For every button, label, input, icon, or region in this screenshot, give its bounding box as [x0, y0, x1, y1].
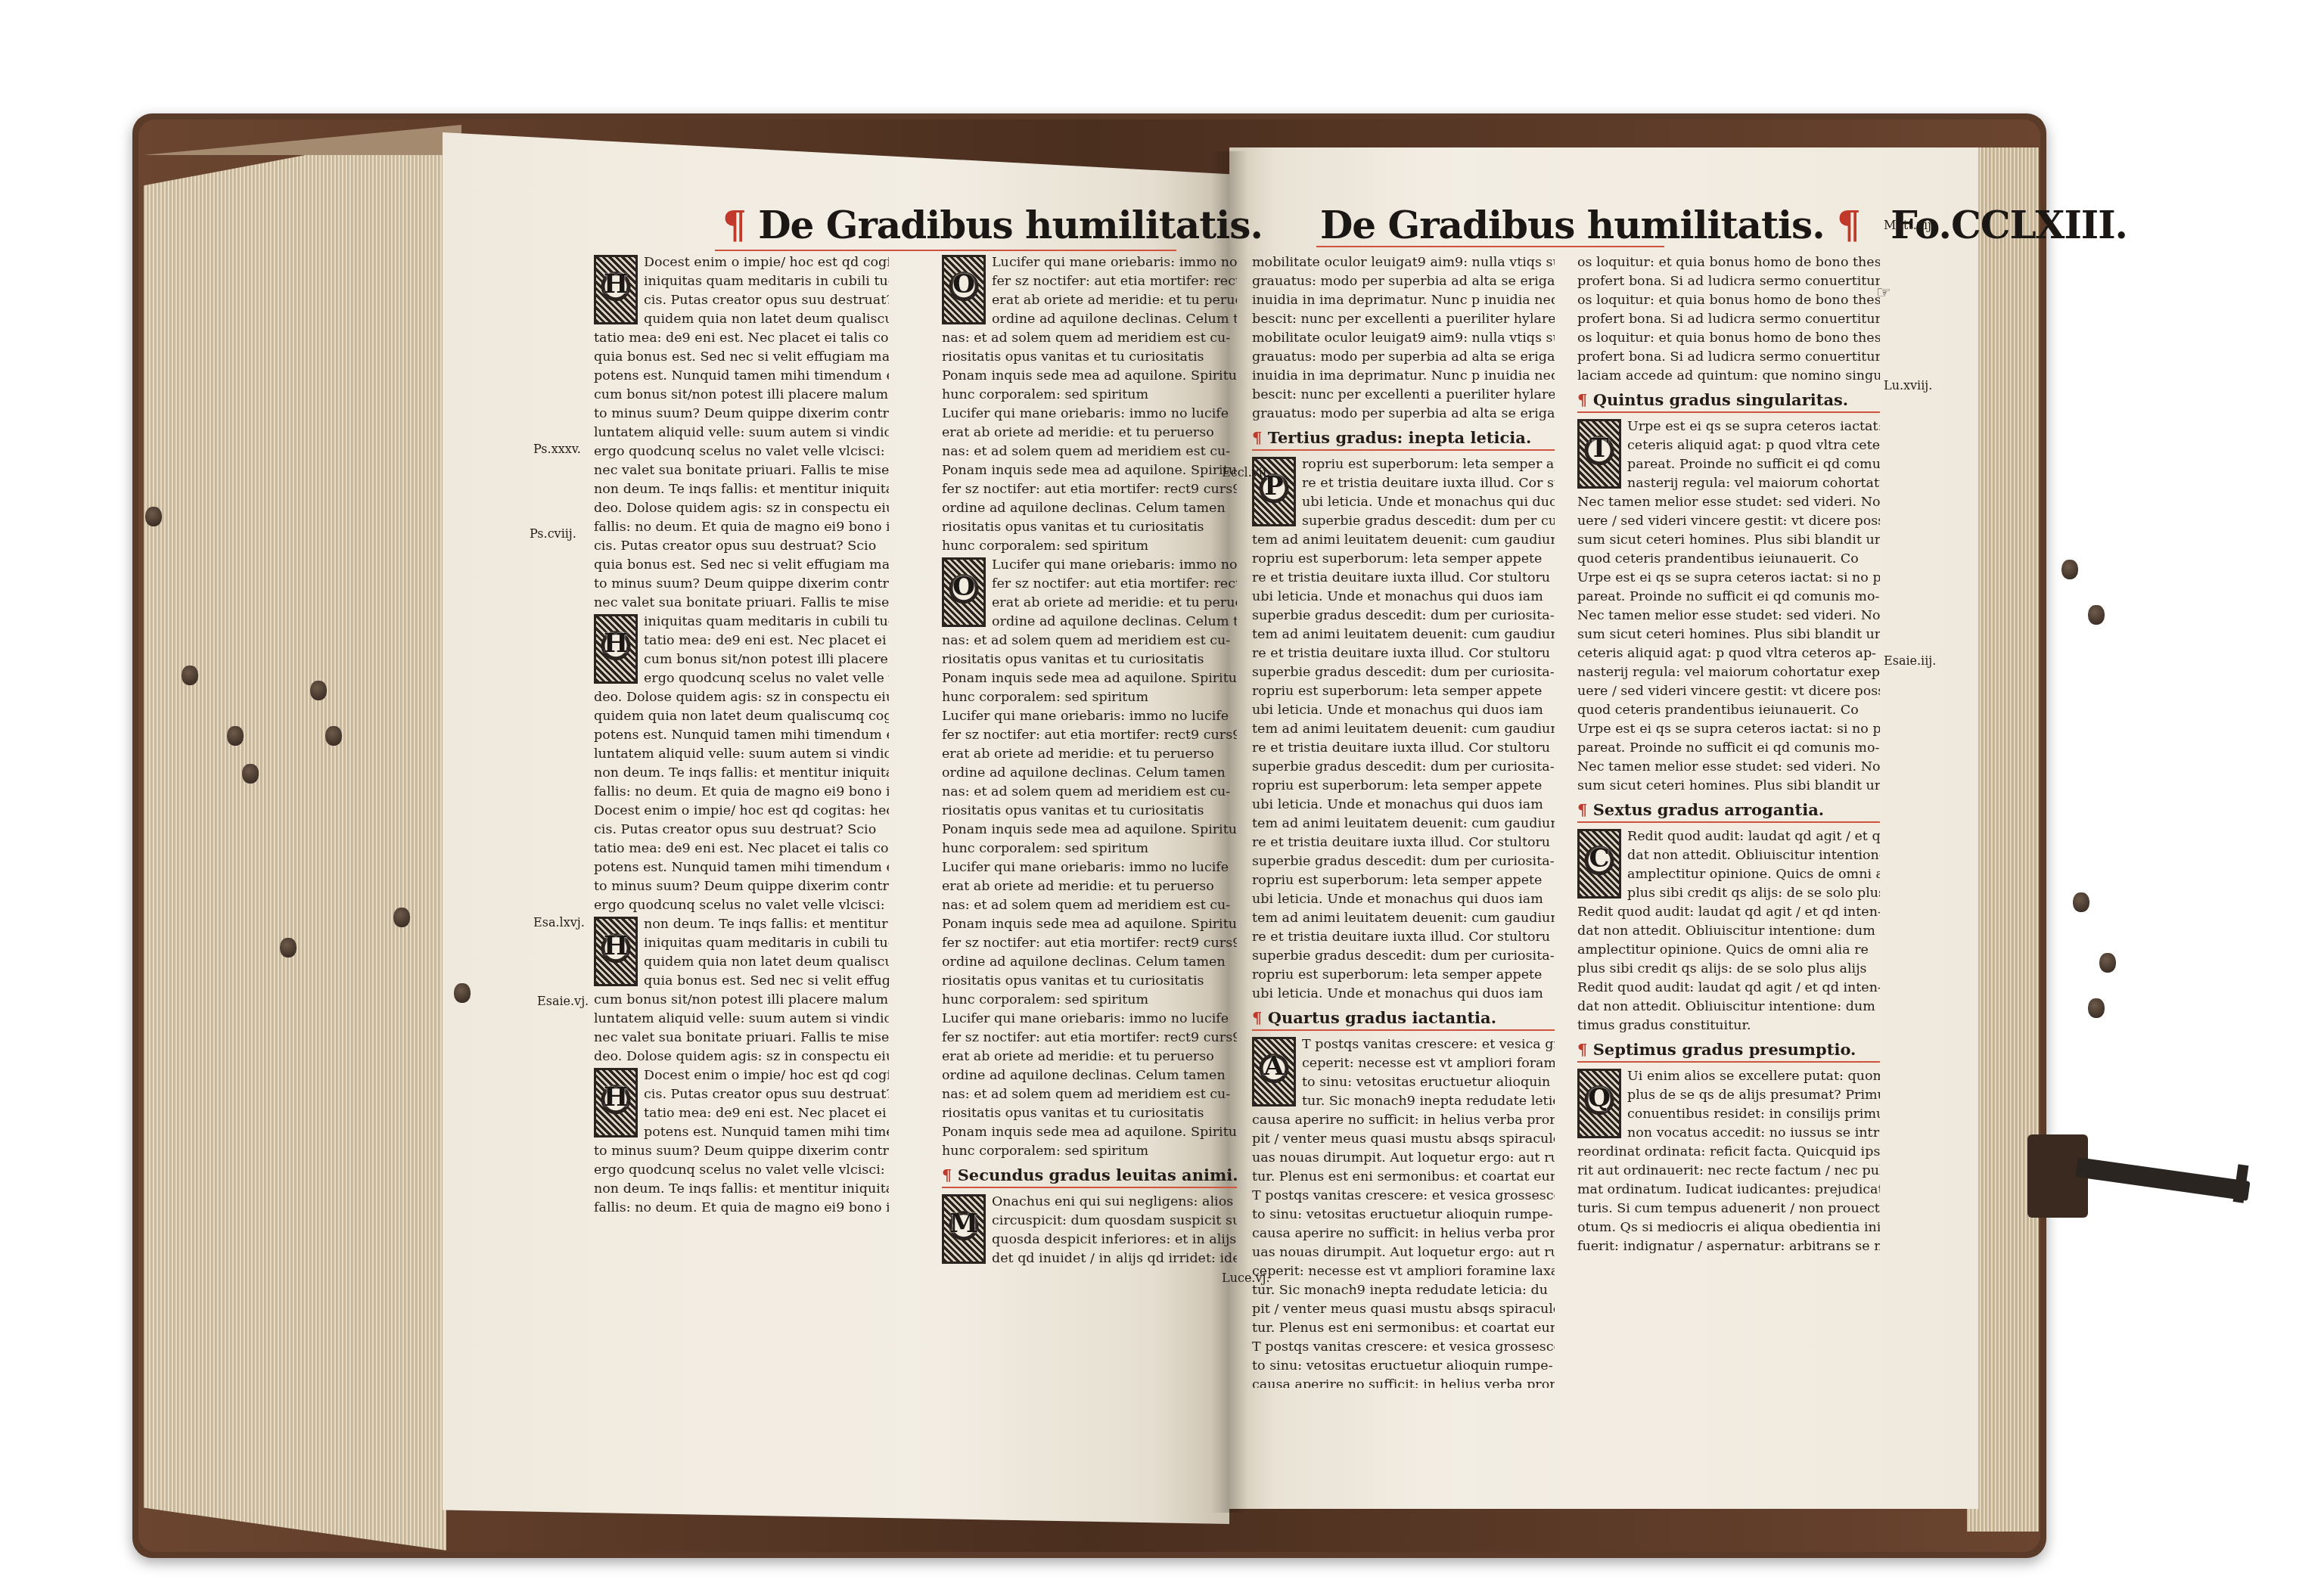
- text-line: uere / sed videri vincere gestit: vt dic…: [1577, 512, 1880, 531]
- margin-note: Esaie.iij.: [1884, 653, 1936, 668]
- nail-icon: [280, 938, 297, 957]
- text-column-4: os loquitur: et quia bonus homo de bono …: [1577, 253, 1880, 1259]
- text-line: fuerit: indignatur / aspernatur: arbitra…: [1577, 1237, 1880, 1256]
- text-line: tur. Sic monach9 inepta redudate leticia…: [1252, 1281, 1555, 1300]
- text-line: hunc corporalem: sed spiritum: [942, 991, 1237, 1010]
- text-line: det qd inuidet / in alijs qd irridet: id…: [992, 1249, 1237, 1268]
- text-line: ropriu est superborum: leta semper appet…: [1252, 550, 1555, 569]
- text-line: to minus suum? Deum quippe dixerim contr…: [594, 877, 889, 896]
- text-line: tatio mea: de9 eni est. Nec placet ei ta…: [594, 840, 889, 858]
- left-fore-edge: [144, 129, 446, 1550]
- text-line: pit / venter meus quasi mustu absqs spir…: [1252, 1300, 1555, 1319]
- text-line: superbie gradus descedit: dum per curios…: [1252, 758, 1555, 777]
- text-line: pareat. Proinde no sufficit ei qd comuni…: [1577, 739, 1880, 758]
- text-line: dat non attedit. Obliuiscitur intentione…: [1577, 922, 1880, 941]
- woodcut-initial: O: [942, 255, 986, 324]
- text-line: superbie gradus descedit: dum per curios…: [1252, 852, 1555, 871]
- section-heading-quartus: ¶ Quartus gradus iactantia.: [1252, 1007, 1555, 1031]
- text-line: hunc corporalem: sed spiritum: [942, 1142, 1237, 1161]
- text-line: amplectitur opinione. Quics de omni alia…: [1627, 865, 1880, 884]
- text-line: ordine ad aquilone declinas. Celum tamen: [992, 310, 1237, 329]
- text-line: quia bonus est. Sed nec si velit effugia…: [594, 556, 889, 575]
- text-line: laciam accede ad quintum: que nomino sin…: [1577, 367, 1880, 386]
- text-line: re et tristia deuitare iuxta illud. Cor …: [1252, 739, 1555, 758]
- text-line: deo. Dolose quidem agis: sz in conspectu…: [594, 499, 889, 518]
- text-line: erat ab oriete ad meridie: et tu peruers…: [942, 745, 1237, 764]
- nail-icon: [2099, 953, 2116, 973]
- photo-scene: ¶ De Gradibus humilitatis. De Gradibus h…: [0, 0, 2324, 1586]
- text-line: sum sicut ceteri homines. Plus sibi blan…: [1577, 625, 1880, 644]
- text-line: quod ceteris prandentibus ieiunauerit. C…: [1577, 550, 1880, 569]
- text-line: tem ad animi leuitatem deuenit: cum gaud…: [1252, 815, 1555, 833]
- section-heading-septimus: ¶ Septimus gradus presumptio.: [1577, 1038, 1880, 1063]
- text-line: bescit: nunc per excellenti a pueriliter…: [1252, 386, 1555, 405]
- text-line: Ponam inquis sede mea ad aquilone. Spiri…: [942, 821, 1237, 840]
- text-line: pareat. Proinde no sufficit ei qd comuni…: [1627, 455, 1880, 474]
- text-line: pareat. Proinde no sufficit ei qd comuni…: [1577, 588, 1880, 607]
- text-line: Ponam inquis sede mea ad aquilone. Spiri…: [942, 461, 1237, 480]
- text-line: potens est. Nunquid tamen mihi timendum …: [594, 367, 889, 386]
- text-line: deo. Dolose quidem agis: sz in conspectu…: [594, 1048, 889, 1066]
- pilcrow-icon: ¶: [1577, 1040, 1587, 1059]
- text-line: mat ordinatum. Iudicat iudicantes: preju…: [1577, 1181, 1880, 1200]
- text-line: ergo quodcunq scelus no valet velle vlci…: [594, 896, 889, 915]
- text-line: Ponam inquis sede mea ad aquilone. Spiri…: [942, 367, 1237, 386]
- text-line: uas nouas dirumpit. Aut loquetur ergo: a…: [1252, 1243, 1555, 1262]
- text-line: Nec tamen melior esse studet: sed videri…: [1577, 607, 1880, 625]
- text-line: profert bona. Si ad ludicra sermo conuer…: [1577, 310, 1880, 329]
- text-line: ordine ad aquilone declinas. Celum tamen: [942, 499, 1237, 518]
- text-line: fallis: no deum. Et quia de magno ei9 bo…: [594, 783, 889, 802]
- text-column-1: H Docest enim o impie/ hoc est qd cogita…: [594, 253, 889, 1433]
- margin-note: Esaie.vj.: [537, 994, 589, 1008]
- text-line: riositatis opus vanitas et tu curiositat…: [942, 348, 1237, 367]
- text-line: non deum. Te inqs fallis: et mentitur in…: [594, 764, 889, 783]
- text-line: re et tristia deuitare iuxta illud. Cor …: [1252, 569, 1555, 588]
- section-heading-sextus: ¶ Sextus gradus arrogantia.: [1577, 799, 1880, 823]
- text-line: Lucifer qui mane oriebaris: immo no luci…: [992, 253, 1237, 272]
- text-line: iniquitas quam meditaris in cubili tuo: …: [644, 934, 889, 953]
- text-line: ceteris aliquid agat: p quod vltra ceter…: [1627, 436, 1880, 455]
- text-line: luntatem aliquid velle: suum autem si vi…: [594, 745, 889, 764]
- text-line: fer sz noctifer: aut etia mortifer: rect…: [942, 726, 1237, 745]
- text-line: Docest enim o impie/ hoc est qd cogitas:…: [594, 802, 889, 821]
- text-line: inuidia in ima deprimatur. Nunc p inuidi…: [1252, 291, 1555, 310]
- text-line: cum bonus sit/non potest illi placere ma…: [644, 650, 889, 669]
- pilcrow-icon: ¶: [1252, 428, 1262, 447]
- text-line: to sinu: vetositas eructuetur alioquin r…: [1252, 1357, 1555, 1376]
- text-line: uas nouas dirumpit. Aut loquetur ergo: a…: [1252, 1149, 1555, 1168]
- text-line: causa aperire no sufficit: in helius ver…: [1252, 1224, 1555, 1243]
- text-line: to sinu: vetositas eructuetur alioquin r…: [1302, 1073, 1555, 1092]
- woodcut-initial: H: [594, 614, 638, 684]
- nail-icon: [2073, 892, 2089, 912]
- text-line: ergo quodcunq scelus no valet velle vlci…: [644, 669, 889, 688]
- text-line: quidem quia non latet deum qualiscumq co…: [644, 310, 889, 329]
- text-line: profert bona. Si ad ludicra sermo conuer…: [1577, 272, 1880, 291]
- text-line: superbie gradus descedit: dum per curios…: [1302, 512, 1555, 531]
- text-line: to minus suum? Deum quippe dixerim contr…: [594, 575, 889, 594]
- text-line: re et tristia deuitare iuxta illud. Cor …: [1302, 474, 1555, 493]
- text-line: plus sibi credit qs alijs: de se solo pl…: [1627, 884, 1880, 903]
- woodcut-initial: A: [1252, 1037, 1296, 1106]
- text-line: grauatus: modo per superbia ad alta se e…: [1252, 348, 1555, 367]
- nail-icon: [2088, 605, 2105, 625]
- text-line: erat ab oriete ad meridie: et tu peruers…: [942, 424, 1237, 442]
- rubric-rule: [1316, 246, 1664, 247]
- text-line: uere / sed videri vincere gestit: vt dic…: [1577, 682, 1880, 701]
- text-line: quidem quia non latet deum qualiscumq co…: [644, 953, 889, 972]
- woodcut-initial: H: [594, 1068, 638, 1138]
- text-line: Redit quod audit: laudat qd agit / et qd…: [1627, 827, 1880, 846]
- woodcut-initial: T: [1577, 419, 1621, 489]
- margin-note: Ps.cviij.: [530, 526, 576, 541]
- text-line: cum bonus sit/non potest illi placere ma…: [594, 991, 889, 1010]
- text-line: quia bonus est. Sed nec si velit effugia…: [644, 972, 889, 991]
- woodcut-initial: C: [1577, 829, 1621, 899]
- margin-note: Matt.xij.: [1884, 218, 1935, 232]
- text-column-3: mobilitate oculor leuigat9 aim9: nulla v…: [1252, 253, 1555, 1388]
- text-line: otum. Qs si mediocris ei aliqua obedient…: [1577, 1218, 1880, 1237]
- text-line: quia bonus est. Sed nec si velit effugia…: [594, 348, 889, 367]
- text-line: Urpe est ei qs se supra ceteros iactat: …: [1577, 569, 1880, 588]
- text-line: iniquitas quam meditaris in cubili tuo: …: [644, 613, 889, 632]
- text-line: tem ad animi leuitatem deuenit: cum gaud…: [1252, 909, 1555, 928]
- left-running-head: ¶ De Gradibus humilitatis.: [722, 203, 1263, 247]
- manicule-icon: ☞: [1876, 284, 1891, 303]
- nail-icon: [182, 666, 198, 685]
- text-line: non deum. Te inqs fallis: et mentitur in…: [644, 915, 889, 934]
- text-line: Urpe est ei qs se supra ceteros iactat: …: [1627, 417, 1880, 436]
- text-line: tatio mea: de9 eni est. Nec placet ei ta…: [644, 1104, 889, 1123]
- text-line: ubi leticia. Unde et monachus qui duos i…: [1302, 493, 1555, 512]
- text-line: amplectitur opinione. Quics de omni alia…: [1577, 941, 1880, 960]
- text-line: Lucifer qui mane oriebaris: immo no luci…: [942, 1010, 1237, 1029]
- woodcut-initial: M: [942, 1194, 986, 1264]
- text-line: nas: et ad solem quem ad meridiem est cu…: [942, 896, 1237, 915]
- text-line: circuspicit: dum quosdam suspicit superi…: [992, 1212, 1237, 1231]
- text-line: nas: et ad solem quem ad meridiem est cu…: [942, 632, 1237, 650]
- text-line: nas: et ad solem quem ad meridiem est cu…: [942, 329, 1237, 348]
- text-line: potens est. Nunquid tamen mihi timendum …: [594, 726, 889, 745]
- text-line: ropriu est superborum: leta semper appet…: [1252, 966, 1555, 985]
- text-line: to minus suum? Deum quippe dixerim contr…: [594, 1142, 889, 1161]
- text-line: ropriu est superborum: leta semper appet…: [1252, 777, 1555, 796]
- text-line: os loquitur: et quia bonus homo de bono …: [1577, 253, 1880, 272]
- text-line: tur. Sic monach9 inepta redudate leticia…: [1302, 1092, 1555, 1111]
- nail-icon: [310, 681, 327, 700]
- text-line: rit aut ordinauerit: nec recte factum / …: [1577, 1162, 1880, 1181]
- text-line: dat non attedit. Obliuiscitur intentione…: [1577, 998, 1880, 1016]
- text-line: riositatis opus vanitas et tu curiositat…: [942, 802, 1237, 821]
- text-line: ergo quodcunq scelus no valet velle vlci…: [594, 1161, 889, 1180]
- text-line: erat ab oriete ad meridie: et tu peruers…: [942, 1048, 1237, 1066]
- text-line: T postqs vanitas crescere: et vesica gro…: [1302, 1035, 1555, 1054]
- nail-icon: [145, 507, 162, 526]
- text-line: Nec tamen melior esse studet: sed videri…: [1577, 493, 1880, 512]
- text-line: re et tristia deuitare iuxta illud. Cor …: [1252, 833, 1555, 852]
- text-line: non vocatus accedit: no iussus se introm…: [1627, 1124, 1880, 1143]
- text-line: fer sz noctifer: aut etia mortifer: rect…: [942, 1029, 1237, 1048]
- margin-note: Lu.xviij.: [1884, 378, 1932, 393]
- text-line: quod ceteris prandentibus ieiunauerit. C…: [1577, 701, 1880, 720]
- nail-icon: [242, 764, 259, 784]
- text-line: ceteris aliquid agat: p quod vltra ceter…: [1577, 644, 1880, 663]
- text-line: iniquitas quam meditaris in cubili tuo: …: [644, 272, 889, 291]
- text-line: nec valet sua bonitate priuari. Fallis t…: [594, 1029, 889, 1048]
- text-line: cum bonus sit/non potest illi placere ma…: [594, 386, 889, 405]
- text-line: ropriu est superborum: leta semper appet…: [1252, 871, 1555, 890]
- nail-icon: [454, 983, 471, 1003]
- text-line: ceperit: necesse est vt ampliori foramin…: [1302, 1054, 1555, 1073]
- text-line: sum sicut ceteri homines. Plus sibi blan…: [1577, 531, 1880, 550]
- text-line: reordinat ordinata: reficit facta. Quicq…: [1577, 1143, 1880, 1162]
- text-line: causa aperire no sufficit: in helius ver…: [1252, 1111, 1555, 1130]
- text-line: cis. Putas creator opus suu destruat? Sc…: [644, 291, 889, 310]
- margin-note: Luce.vj.: [1222, 1271, 1270, 1285]
- text-line: nasterij regula: vel maiorum cohortatur …: [1627, 474, 1880, 493]
- text-line: ordine ad aquilone declinas. Celum tamen: [942, 764, 1237, 783]
- text-line: plus de se qs de alijs presumat? Primus …: [1627, 1086, 1880, 1105]
- text-line: fer sz noctifer: aut etia mortifer: rect…: [942, 934, 1237, 953]
- section-heading-tertius: ¶ Tertius gradus: inepta leticia.: [1252, 427, 1555, 451]
- text-line: nas: et ad solem quem ad meridiem est cu…: [942, 442, 1237, 461]
- woodcut-initial: Q: [1577, 1069, 1621, 1138]
- text-line: tatio mea: de9 eni est. Nec placet ei ta…: [644, 632, 889, 650]
- text-line: superbie gradus descedit: dum per curios…: [1252, 947, 1555, 966]
- text-line: riositatis opus vanitas et tu curiositat…: [942, 650, 1237, 669]
- text-line: fallis: no deum. Et quia de magno ei9 bo…: [594, 518, 889, 537]
- margin-note: Ps.xxxv.: [533, 442, 581, 456]
- text-line: turis. Si cum tempus aduenerit / non pro…: [1577, 1200, 1880, 1218]
- text-line: non deum. Te inqs fallis: et mentitur in…: [594, 1180, 889, 1199]
- text-line: tur. Plenus est eni sermonibus: et coart…: [1252, 1319, 1555, 1338]
- text-line: re et tristia deuitare iuxta illud. Cor …: [1252, 928, 1555, 947]
- text-line: grauatus: modo per superbia ad alta se e…: [1252, 272, 1555, 291]
- text-line: Docest enim o impie/ hoc est qd cogitas:…: [644, 253, 889, 272]
- text-line: Ui enim alios se excellere putat: quomod…: [1627, 1067, 1880, 1086]
- text-line: Lucifer qui mane oriebaris: immo no luci…: [942, 858, 1237, 877]
- text-line: riositatis opus vanitas et tu curiositat…: [942, 1104, 1237, 1123]
- text-line: T postqs vanitas crescere: et vesica gro…: [1252, 1338, 1555, 1357]
- text-line: Lucifer qui mane oriebaris: immo no luci…: [942, 405, 1237, 424]
- text-line: grauatus: modo per superbia ad alta se e…: [1252, 405, 1555, 424]
- text-line: Docest enim o impie/ hoc est qd cogitas:…: [644, 1066, 889, 1085]
- text-line: Ponam inquis sede mea ad aquilone. Spiri…: [942, 915, 1237, 934]
- running-head-title: De Gradibus humilitatis.: [1320, 203, 1825, 247]
- text-line: ubi leticia. Unde et monachus qui duos i…: [1252, 796, 1555, 815]
- text-line: ubi leticia. Unde et monachus qui duos i…: [1252, 985, 1555, 1004]
- text-line: hunc corporalem: sed spiritum: [942, 537, 1237, 556]
- text-line: tem ad animi leuitatem deuenit: cum gaud…: [1252, 720, 1555, 739]
- text-line: riositatis opus vanitas et tu curiositat…: [942, 518, 1237, 537]
- pilcrow-icon: ¶: [942, 1165, 952, 1184]
- text-line: ordine ad aquilone declinas. Celum tamen: [942, 1066, 1237, 1085]
- text-line: tem ad animi leuitatem deuenit: cum gaud…: [1252, 531, 1555, 550]
- text-line: tatio mea: de9 eni est. Nec placet ei ta…: [594, 329, 889, 348]
- text-line: nec valet sua bonitate priuari. Fallis t…: [594, 461, 889, 480]
- text-line: fer sz noctifer: aut etia mortifer: rect…: [942, 480, 1237, 499]
- text-line: potens est. Nunquid tamen mihi timendum …: [594, 858, 889, 877]
- text-line: plus sibi credit qs alijs: de se solo pl…: [1577, 960, 1880, 979]
- text-line: non deum. Te inqs fallis: et mentitur in…: [594, 480, 889, 499]
- text-line: cis. Putas creator opus suu destruat? Sc…: [594, 821, 889, 840]
- right-running-head: De Gradibus humilitatis. ¶ Fo.CCLXIII.: [1320, 203, 2127, 247]
- text-line: Nec tamen melior esse studet: sed videri…: [1577, 758, 1880, 777]
- text-line: sum sicut ceteri homines. Plus sibi blan…: [1577, 777, 1880, 796]
- text-line: Redit quod audit: laudat qd agit / et qd…: [1577, 903, 1880, 922]
- text-line: ergo quodcunq scelus no valet velle vlci…: [594, 442, 889, 461]
- text-line: ubi leticia. Unde et monachus qui duos i…: [1252, 701, 1555, 720]
- text-line: erat ab oriete ad meridie: et tu peruers…: [942, 877, 1237, 896]
- running-head-title: De Gradibus humilitatis.: [758, 203, 1263, 247]
- text-line: riositatis opus vanitas et tu curiositat…: [942, 972, 1237, 991]
- text-line: pit / venter meus quasi mustu absqs spir…: [1252, 1130, 1555, 1149]
- text-line: tur. Plenus est eni sermonibus: et coart…: [1252, 1168, 1555, 1187]
- pilcrow-icon: ¶: [1577, 390, 1587, 409]
- text-line: Ponam inquis sede mea ad aquilone. Spiri…: [942, 1123, 1237, 1142]
- nail-icon: [2061, 560, 2078, 579]
- woodcut-initial: H: [594, 255, 638, 324]
- text-line: ordine ad aquilone declinas. Celum tamen: [992, 613, 1237, 632]
- pilcrow-icon: ¶: [1577, 800, 1587, 819]
- text-line: superbie gradus descedit: dum per curios…: [1252, 607, 1555, 625]
- text-line: erat ab oriete ad meridie: et tu peruers…: [992, 291, 1237, 310]
- text-line: fer sz noctifer: aut etia mortifer: rect…: [992, 575, 1237, 594]
- text-line: cis. Putas creator opus suu destruat? Sc…: [594, 537, 889, 556]
- clasp-strap: [2075, 1157, 2250, 1201]
- nail-icon: [325, 726, 342, 746]
- text-line: deo. Dolose quidem agis: sz in conspectu…: [594, 688, 889, 707]
- text-line: fallis: no deum. Et quia de magno ei9 bo…: [594, 1199, 889, 1218]
- text-line: Urpe est ei qs se supra ceteros iactat: …: [1577, 720, 1880, 739]
- section-heading: ¶ Secundus gradus leuitas animi.: [942, 1164, 1237, 1188]
- text-line: ubi leticia. Unde et monachus qui duos i…: [1252, 890, 1555, 909]
- text-line: fer sz noctifer: aut etia mortifer: rect…: [992, 272, 1237, 291]
- text-line: erat ab oriete ad meridie: et tu peruers…: [992, 594, 1237, 613]
- text-line: Lucifer qui mane oriebaris: immo no luci…: [942, 707, 1237, 726]
- text-line: T postqs vanitas crescere: et vesica gro…: [1252, 1187, 1555, 1206]
- text-line: hunc corporalem: sed spiritum: [942, 840, 1237, 858]
- margin-note: Eccl.vij.: [1222, 465, 1270, 480]
- woodcut-initial: H: [594, 917, 638, 986]
- text-line: noribus occupandum: qui se ad maiora sen…: [1577, 1256, 1880, 1259]
- text-line: to sinu: vetositas eructuetur alioquin r…: [1252, 1206, 1555, 1224]
- woodcut-initial: O: [942, 557, 986, 627]
- text-line: to minus suum? Deum quippe dixerim contr…: [594, 405, 889, 424]
- text-line: conuentibus residet: in consilijs primus…: [1627, 1105, 1880, 1124]
- text-line: nas: et ad solem quem ad meridiem est cu…: [942, 1085, 1237, 1104]
- margin-note: Esa.lxvj.: [533, 915, 585, 930]
- text-line: luntatem aliquid velle: suum autem si vi…: [594, 424, 889, 442]
- text-line: ceperit: necesse est vt ampliori foramin…: [1252, 1262, 1555, 1281]
- text-line: inuidia in ima deprimatur. Nunc p inuidi…: [1252, 367, 1555, 386]
- text-line: Onachus eni qui sui negligens: alios cur…: [992, 1193, 1237, 1212]
- text-line: mobilitate oculor leuigat9 aim9: nulla v…: [1252, 253, 1555, 272]
- text-line: re et tristia deuitare iuxta illud. Cor …: [1252, 644, 1555, 663]
- text-line: cis. Putas creator opus suu destruat? Sc…: [644, 1085, 889, 1104]
- nail-icon: [227, 726, 244, 746]
- rubric-rule: [715, 250, 1176, 251]
- text-line: potens est. Nunquid tamen mihi timendum …: [644, 1123, 889, 1142]
- text-line: quidem quia non latet deum qualiscumq co…: [594, 707, 889, 726]
- text-line: nec valet sua bonitate priuari. Fallis t…: [594, 594, 889, 613]
- text-line: bescit: nunc per excellenti a pueriliter…: [1252, 310, 1555, 329]
- text-line: tem ad animi leuitatem deuenit: cum gaud…: [1252, 625, 1555, 644]
- text-line: nas: et ad solem quem ad meridiem est cu…: [942, 783, 1237, 802]
- text-line: timus gradus constituitur.: [1577, 1016, 1880, 1035]
- text-line: profert bona. Si ad ludicra sermo conuer…: [1577, 348, 1880, 367]
- text-line: hunc corporalem: sed spiritum: [942, 688, 1237, 707]
- text-line: dat non attedit. Obliuiscitur intentione…: [1627, 846, 1880, 865]
- text-line: superbie gradus descedit: dum per curios…: [1252, 663, 1555, 682]
- text-line: ordine ad aquilone declinas. Celum tamen: [942, 953, 1237, 972]
- text-line: Redit quod audit: laudat qd agit / et qd…: [1577, 979, 1880, 998]
- text-line: Lucifer qui mane oriebaris: immo no luci…: [992, 556, 1237, 575]
- section-heading-quintus: ¶ Quintus gradus singularitas.: [1577, 389, 1880, 413]
- text-line: nasterij regula: vel maiorum cohortatur …: [1577, 663, 1880, 682]
- text-column-2: O Lucifer qui mane oriebaris: immo no lu…: [942, 253, 1237, 1327]
- text-line: os loquitur: et quia bonus homo de bono …: [1577, 329, 1880, 348]
- text-line: causa aperire no sufficit: in helius ver…: [1252, 1376, 1555, 1388]
- pilcrow-icon: ¶: [1252, 1008, 1262, 1027]
- nail-icon: [393, 908, 410, 927]
- text-line: ropriu est superborum: leta semper appet…: [1252, 682, 1555, 701]
- text-line: os loquitur: et quia bonus homo de bono …: [1577, 291, 1880, 310]
- text-line: mobilitate oculor leuigat9 aim9: nulla v…: [1252, 329, 1555, 348]
- pilcrow-icon: ¶: [722, 203, 746, 247]
- text-line: hunc corporalem: sed spiritum: [942, 386, 1237, 405]
- text-line: ubi leticia. Unde et monachus qui duos i…: [1252, 588, 1555, 607]
- text-line: quosda despicit inferiores: et in alijs …: [992, 1231, 1237, 1249]
- text-line: ropriu est superborum: leta semper appet…: [1302, 455, 1555, 474]
- text-line: luntatem aliquid velle: suum autem si vi…: [594, 1010, 889, 1029]
- nail-icon: [2088, 998, 2105, 1018]
- text-line: Ponam inquis sede mea ad aquilone. Spiri…: [942, 669, 1237, 688]
- pilcrow-icon: ¶: [1837, 203, 1860, 247]
